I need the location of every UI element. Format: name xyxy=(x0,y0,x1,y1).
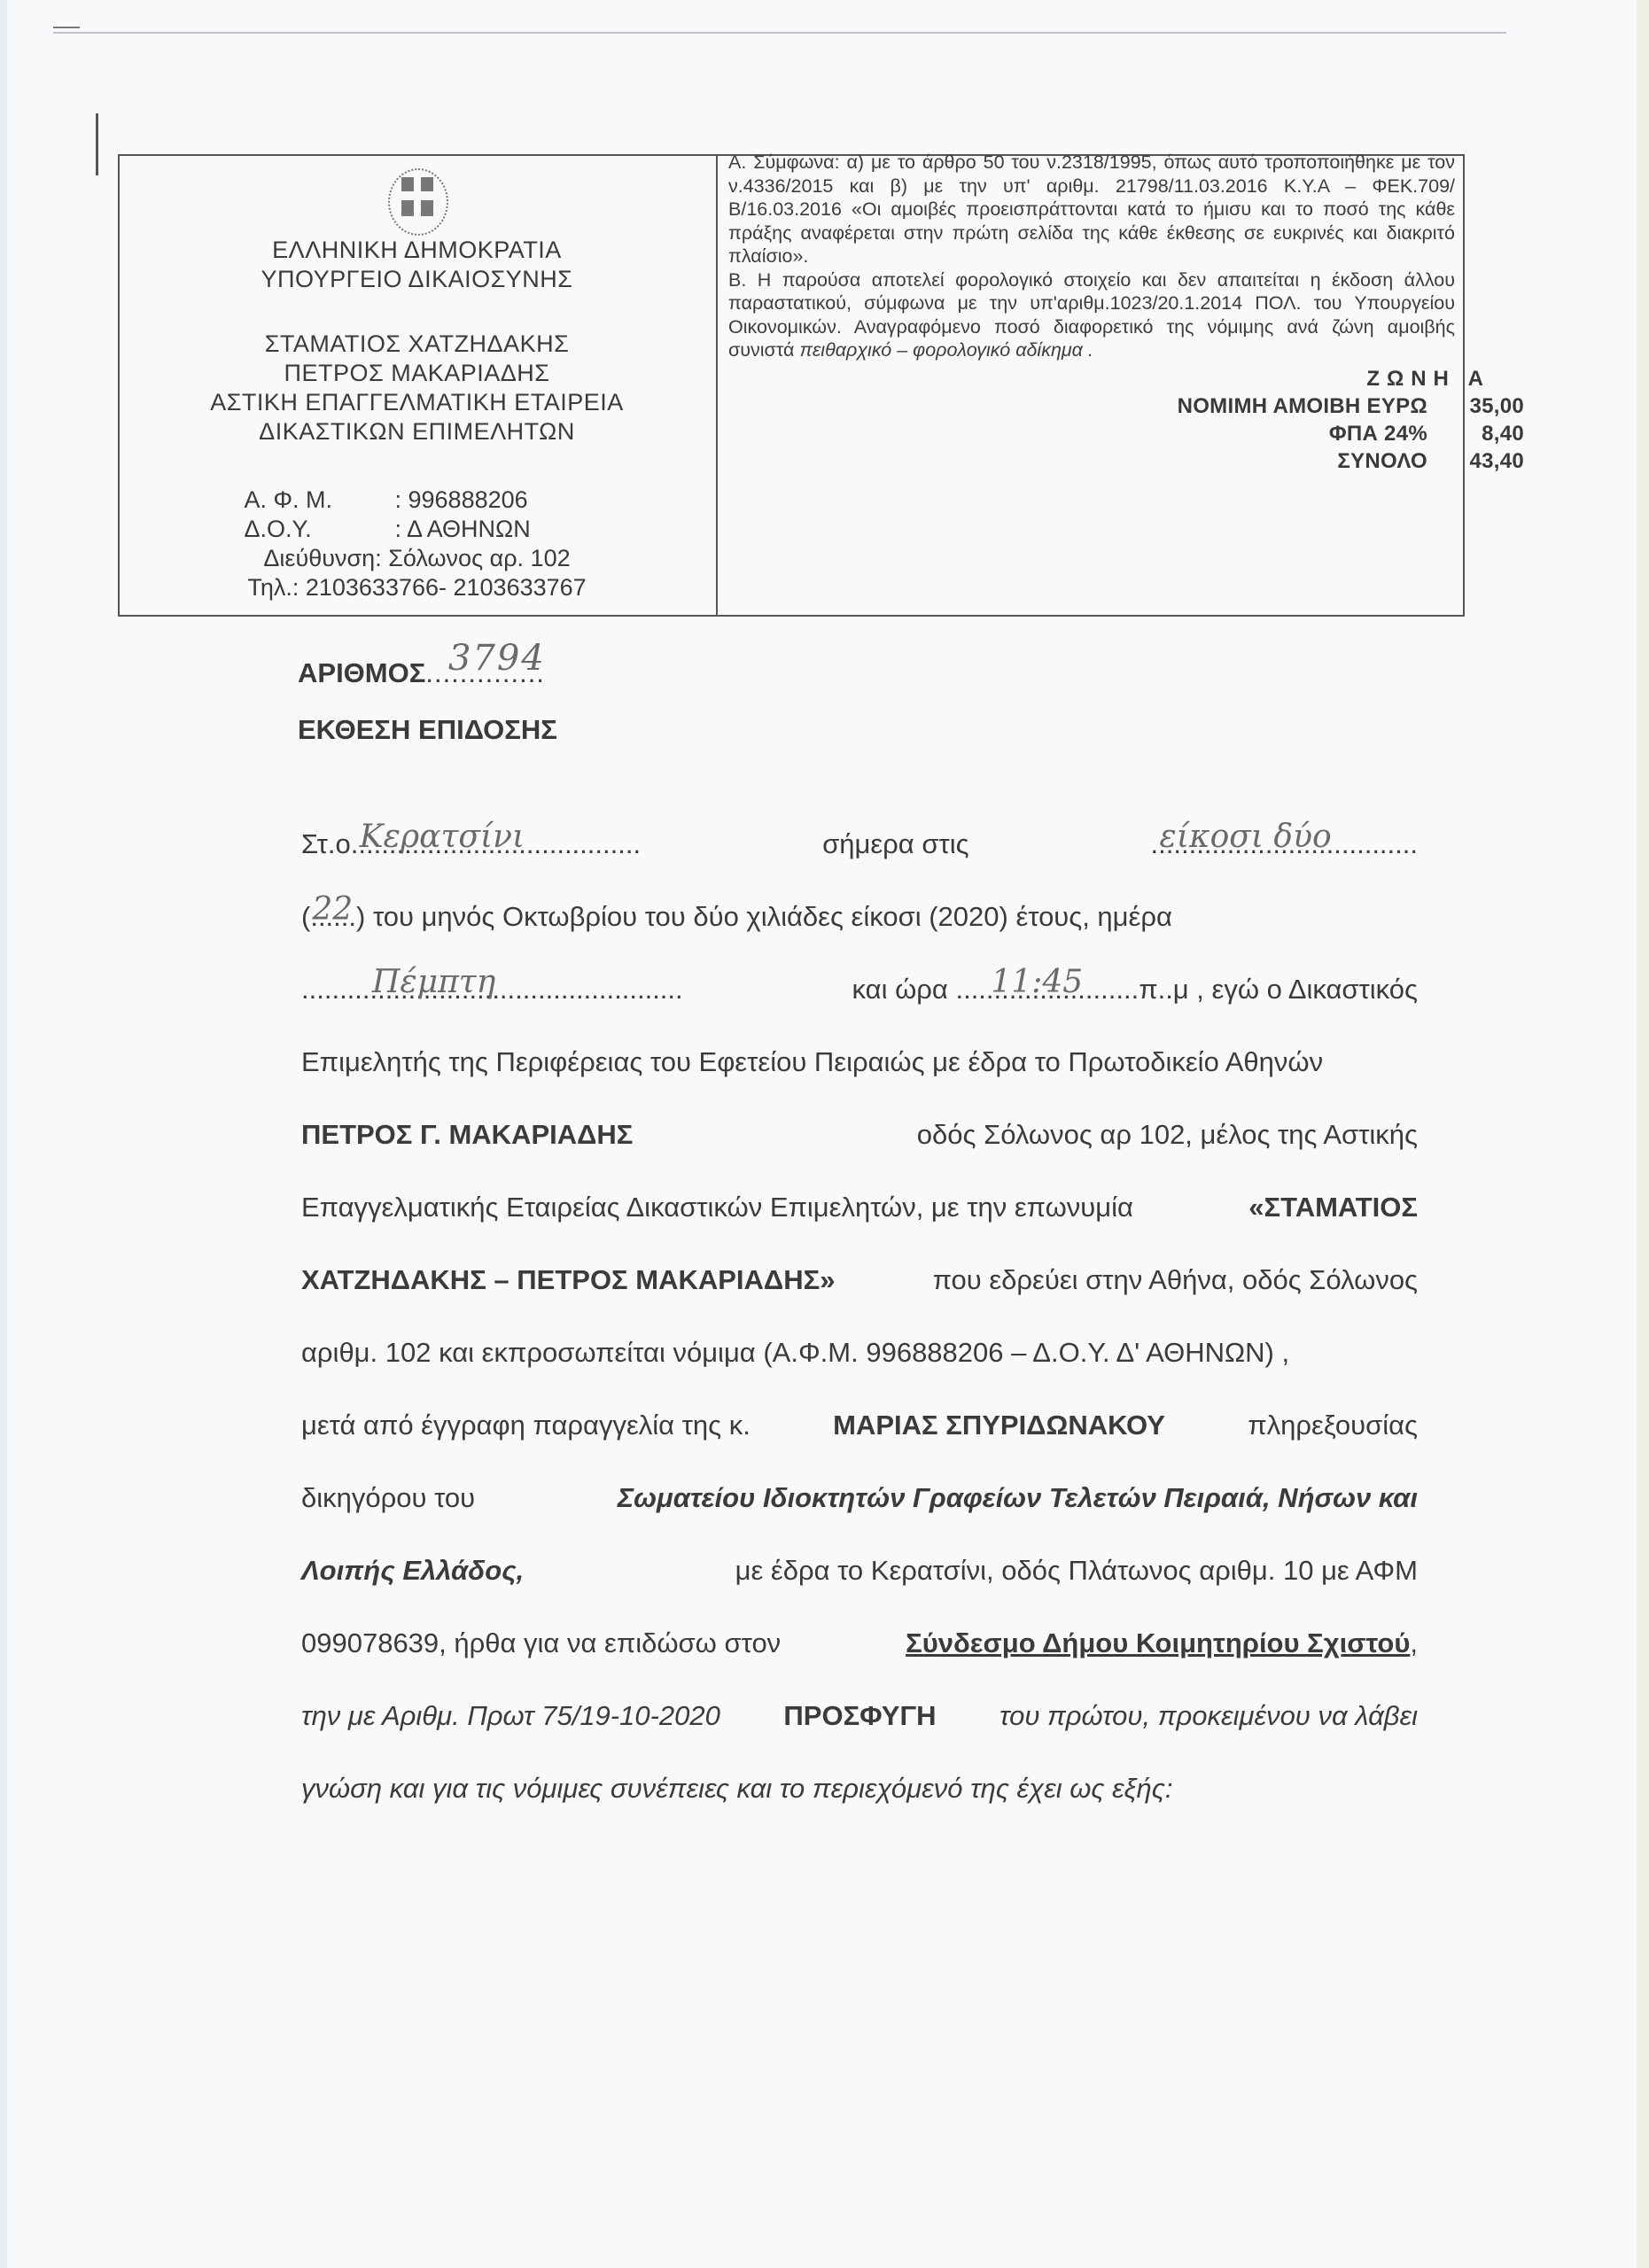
fee-row: ΝΟΜΙΜΗ ΑΜΟΙΒΗ ΕΥΡΩ35,00 xyxy=(1063,392,1524,420)
body-line-8: αριθμ. 102 και εκπροσωπείται νόμιμα (Α.Φ… xyxy=(301,1337,1418,1372)
number-label: ΑΡΙΘΜΟΣ xyxy=(298,657,425,688)
org-line: ΣΤΑΜΑΤΙΟΣ ΧΑΤΖΗΔΑΚΗΣ xyxy=(118,330,716,359)
body-line-1: Στ.ο....................................… xyxy=(301,828,1418,864)
header-divider xyxy=(716,154,718,617)
handwritten-day-number: 22 xyxy=(312,891,353,928)
text: οδός Σόλωνος αρ 102, μέλος της Αστικής xyxy=(917,1119,1418,1151)
fee-zone: ΖΩΝΗ Α xyxy=(1063,365,1490,392)
address: Διεύθυνση: Σόλωνος αρ. 102 xyxy=(118,544,716,573)
text: π xyxy=(1139,974,1157,1005)
body-line-3: ........................................… xyxy=(301,974,1418,1009)
handwritten-weekday: Πέμπτη xyxy=(372,964,495,1000)
fee-value: 8,40 xyxy=(1440,420,1524,447)
fee-label: ΝΟΜΙΜΗ ΑΜΟΙΒΗ ΕΥΡΩ xyxy=(1178,392,1427,420)
lawyer-name: ΜΑΡΙΑΣ ΣΠΥΡΙΔΩΝΑΚΟΥ xyxy=(833,1410,1165,1441)
notice-part-a: Α. Σύμφωνα: α) με το άρθρο 50 του ν.2318… xyxy=(728,151,1455,268)
org-line: ΑΣΤΙΚΗ ΕΠΑΓΓΕΛΜΑΤΙΚΗ ΕΤΑΙΡΕΙΑ xyxy=(118,388,716,417)
afm-value: : 996888206 xyxy=(395,485,590,515)
body-line-11: Λοιπής Ελλάδος,με έδρα το Κερατσίνι, οδό… xyxy=(301,1555,1418,1590)
fee-label: ΦΠΑ 24% xyxy=(1329,420,1427,447)
firm-name: «ΣΤΑΜΑΤΙΟΣ xyxy=(1248,1192,1418,1223)
text: 099078639, ήρθα για να επιδώσω στον xyxy=(301,1627,781,1659)
text: δικηγόρου του xyxy=(301,1482,475,1514)
body-line-4: Επιμελητής της Περιφέρειας του Εφετείου … xyxy=(301,1046,1418,1082)
phone: Τηλ.: 2103633766- 2103633767 xyxy=(118,573,716,602)
issuer-block: ΕΛΛΗΝΙΚΗ ΔΗΜΟΚΡΑΤΙΑΥΠΟΥΡΓΕΙΟ ΔΙΚΑΙΟΣΥΝΗΣ… xyxy=(118,154,716,602)
text: με έδρα το Κερατσίνι, οδός Πλάτωνος αριθ… xyxy=(735,1555,1418,1587)
org-line: ΠΕΤΡΟΣ ΜΑΚΑΡΙΑΔΗΣ xyxy=(118,359,716,388)
firm-lines: ΣΤΑΜΑΤΙΟΣ ΧΑΤΖΗΔΑΚΗΣΠΕΤΡΟΣ ΜΑΚΑΡΙΑΔΗΣΑΣΤ… xyxy=(118,330,716,447)
fee-value: 43,40 xyxy=(1440,447,1524,475)
text: Επαγγελματικής Εταιρείας Δικαστικών Επιμ… xyxy=(301,1192,1133,1223)
notice-part-b-italic: πειθαρχικό – φορολογικό αδίκημα . xyxy=(799,339,1093,361)
fee-block: ΖΩΝΗ Α ΝΟΜΙΜΗ ΑΜΟΙΒΗ ΕΥΡΩ35,00ΦΠΑ 24%8,4… xyxy=(1063,365,1524,475)
fee-value: 35,00 xyxy=(1440,392,1524,420)
document-title: ΕΚΘΕΣΗ ΕΠΙΔΟΣΗΣ xyxy=(298,714,557,746)
text: Στ.ο xyxy=(301,828,351,859)
fee-row: ΣΥΝΟΛΟ43,40 xyxy=(1063,447,1524,475)
ministry-lines: ΕΛΛΗΝΙΚΗ ΔΗΜΟΚΡΑΤΙΑΥΠΟΥΡΓΕΙΟ ΔΙΚΑΙΟΣΥΝΗΣ xyxy=(118,236,716,294)
text: μετά από έγγραφη παραγγελία της κ. xyxy=(301,1410,751,1441)
body-line-2: (......22) του μηνός Οκτωβρίου του δύο χ… xyxy=(301,901,1418,936)
body-line-6: Επαγγελματικής Εταιρείας Δικαστικών Επιμ… xyxy=(301,1192,1418,1227)
scan-edge xyxy=(1637,0,1649,2268)
text: ..μ , εγώ ο Δικαστικός xyxy=(1158,974,1418,1005)
body-line-9: μετά από έγγραφη παραγγελία της κ.ΜΑΡΙΑΣ… xyxy=(301,1410,1418,1445)
greek-coat-of-arms-icon xyxy=(386,165,448,236)
doy-label: Δ.Ο.Υ. xyxy=(245,515,395,544)
text: που εδρεύει στην Αθήνα, οδός Σόλωνος xyxy=(933,1264,1418,1296)
client-name: Λοιπής Ελλάδος, xyxy=(301,1555,524,1587)
margin-mark xyxy=(96,113,98,175)
text: και ώρα xyxy=(852,974,948,1005)
body-line-14: γνώση και για τις νόμιμες συνέπειες και … xyxy=(301,1773,1418,1808)
recipient-name: Σύνδεσμο Δήμου Κοιμητηρίου Σχιστού xyxy=(906,1627,1410,1658)
scan-artifact-line xyxy=(53,32,1506,34)
doy-value: : Δ ΑΘΗΝΩΝ xyxy=(395,515,590,544)
text: του πρώτου, προκειμένου να λάβει xyxy=(1000,1700,1418,1732)
number-handwritten: 3794 xyxy=(448,638,546,679)
body-line-13: την με Αριθμ. Πρωτ 75/19-10-2020ΠΡΟΣΦΥΓΗ… xyxy=(301,1700,1418,1736)
firm-name: ΧΑΤΖΗΔΑΚΗΣ – ΠΕΤΡΟΣ ΜΑΚΑΡΙΑΔΗΣ» xyxy=(301,1264,835,1296)
text: ) του μηνός Οκτωβρίου του δύο χιλιάδες ε… xyxy=(356,901,1172,932)
document-type: ΠΡΟΣΦΥΓΗ xyxy=(783,1700,936,1732)
body-line-7: ΧΑΤΖΗΔΑΚΗΣ – ΠΕΤΡΟΣ ΜΑΚΑΡΙΑΔΗΣ»που εδρεύ… xyxy=(301,1264,1418,1300)
scan-edge xyxy=(0,0,7,2268)
body-line-5: ΠΕΤΡΟΣ Γ. ΜΑΚΑΡΙΑΔΗΣοδός Σόλωνος αρ 102,… xyxy=(301,1119,1418,1154)
org-line: ΕΛΛΗΝΙΚΗ ΔΗΜΟΚΡΑΤΙΑ xyxy=(118,236,716,265)
text: πληρεξουσίας xyxy=(1248,1410,1418,1441)
client-name: Σωματείου Ιδιοκτητών Γραφείων Τελετών Πε… xyxy=(618,1482,1418,1514)
handwritten-day: είκοσι δύο xyxy=(1160,819,1332,855)
org-line: ΥΠΟΥΡΓΕΙΟ ΔΙΚΑΙΟΣΥΝΗΣ xyxy=(118,265,716,294)
text: , xyxy=(1410,1627,1418,1658)
afm-label: Α. Φ. Μ. xyxy=(245,485,395,515)
scan-artifact-line xyxy=(53,27,80,28)
handwritten-place: Κερατσίνι xyxy=(360,819,525,855)
org-line: ΔΙΚΑΣΤΙΚΩΝ ΕΠΙΜΕΛΗΤΩΝ xyxy=(118,417,716,447)
legal-notice: Α. Σύμφωνα: α) με το άρθρο 50 του ν.2318… xyxy=(728,151,1455,362)
document-number: ΑΡΙΘΜΟΣ.............. 3794 xyxy=(298,657,545,689)
text: ( xyxy=(301,901,310,932)
body-line-12: 099078639, ήρθα για να επιδώσω στονΣύνδε… xyxy=(301,1627,1418,1663)
fee-row: ΦΠΑ 24%8,40 xyxy=(1063,420,1524,447)
issuer-info: Α. Φ. Μ.: 996888206 Δ.Ο.Υ.: Δ ΑΘΗΝΩΝ Διε… xyxy=(118,485,716,602)
body-line-10: δικηγόρου τουΣωματείου Ιδιοκτητών Γραφεί… xyxy=(301,1482,1418,1518)
fee-label: ΣΥΝΟΛΟ xyxy=(1337,447,1427,475)
text: σήμερα στις xyxy=(822,828,968,860)
text: την με Αριθμ. Πρωτ 75/19-10-2020 xyxy=(301,1700,720,1732)
bailiff-name: ΠΕΤΡΟΣ Γ. ΜΑΚΑΡΙΑΔΗΣ xyxy=(301,1119,633,1151)
handwritten-time: 11:45 xyxy=(991,964,1083,1000)
